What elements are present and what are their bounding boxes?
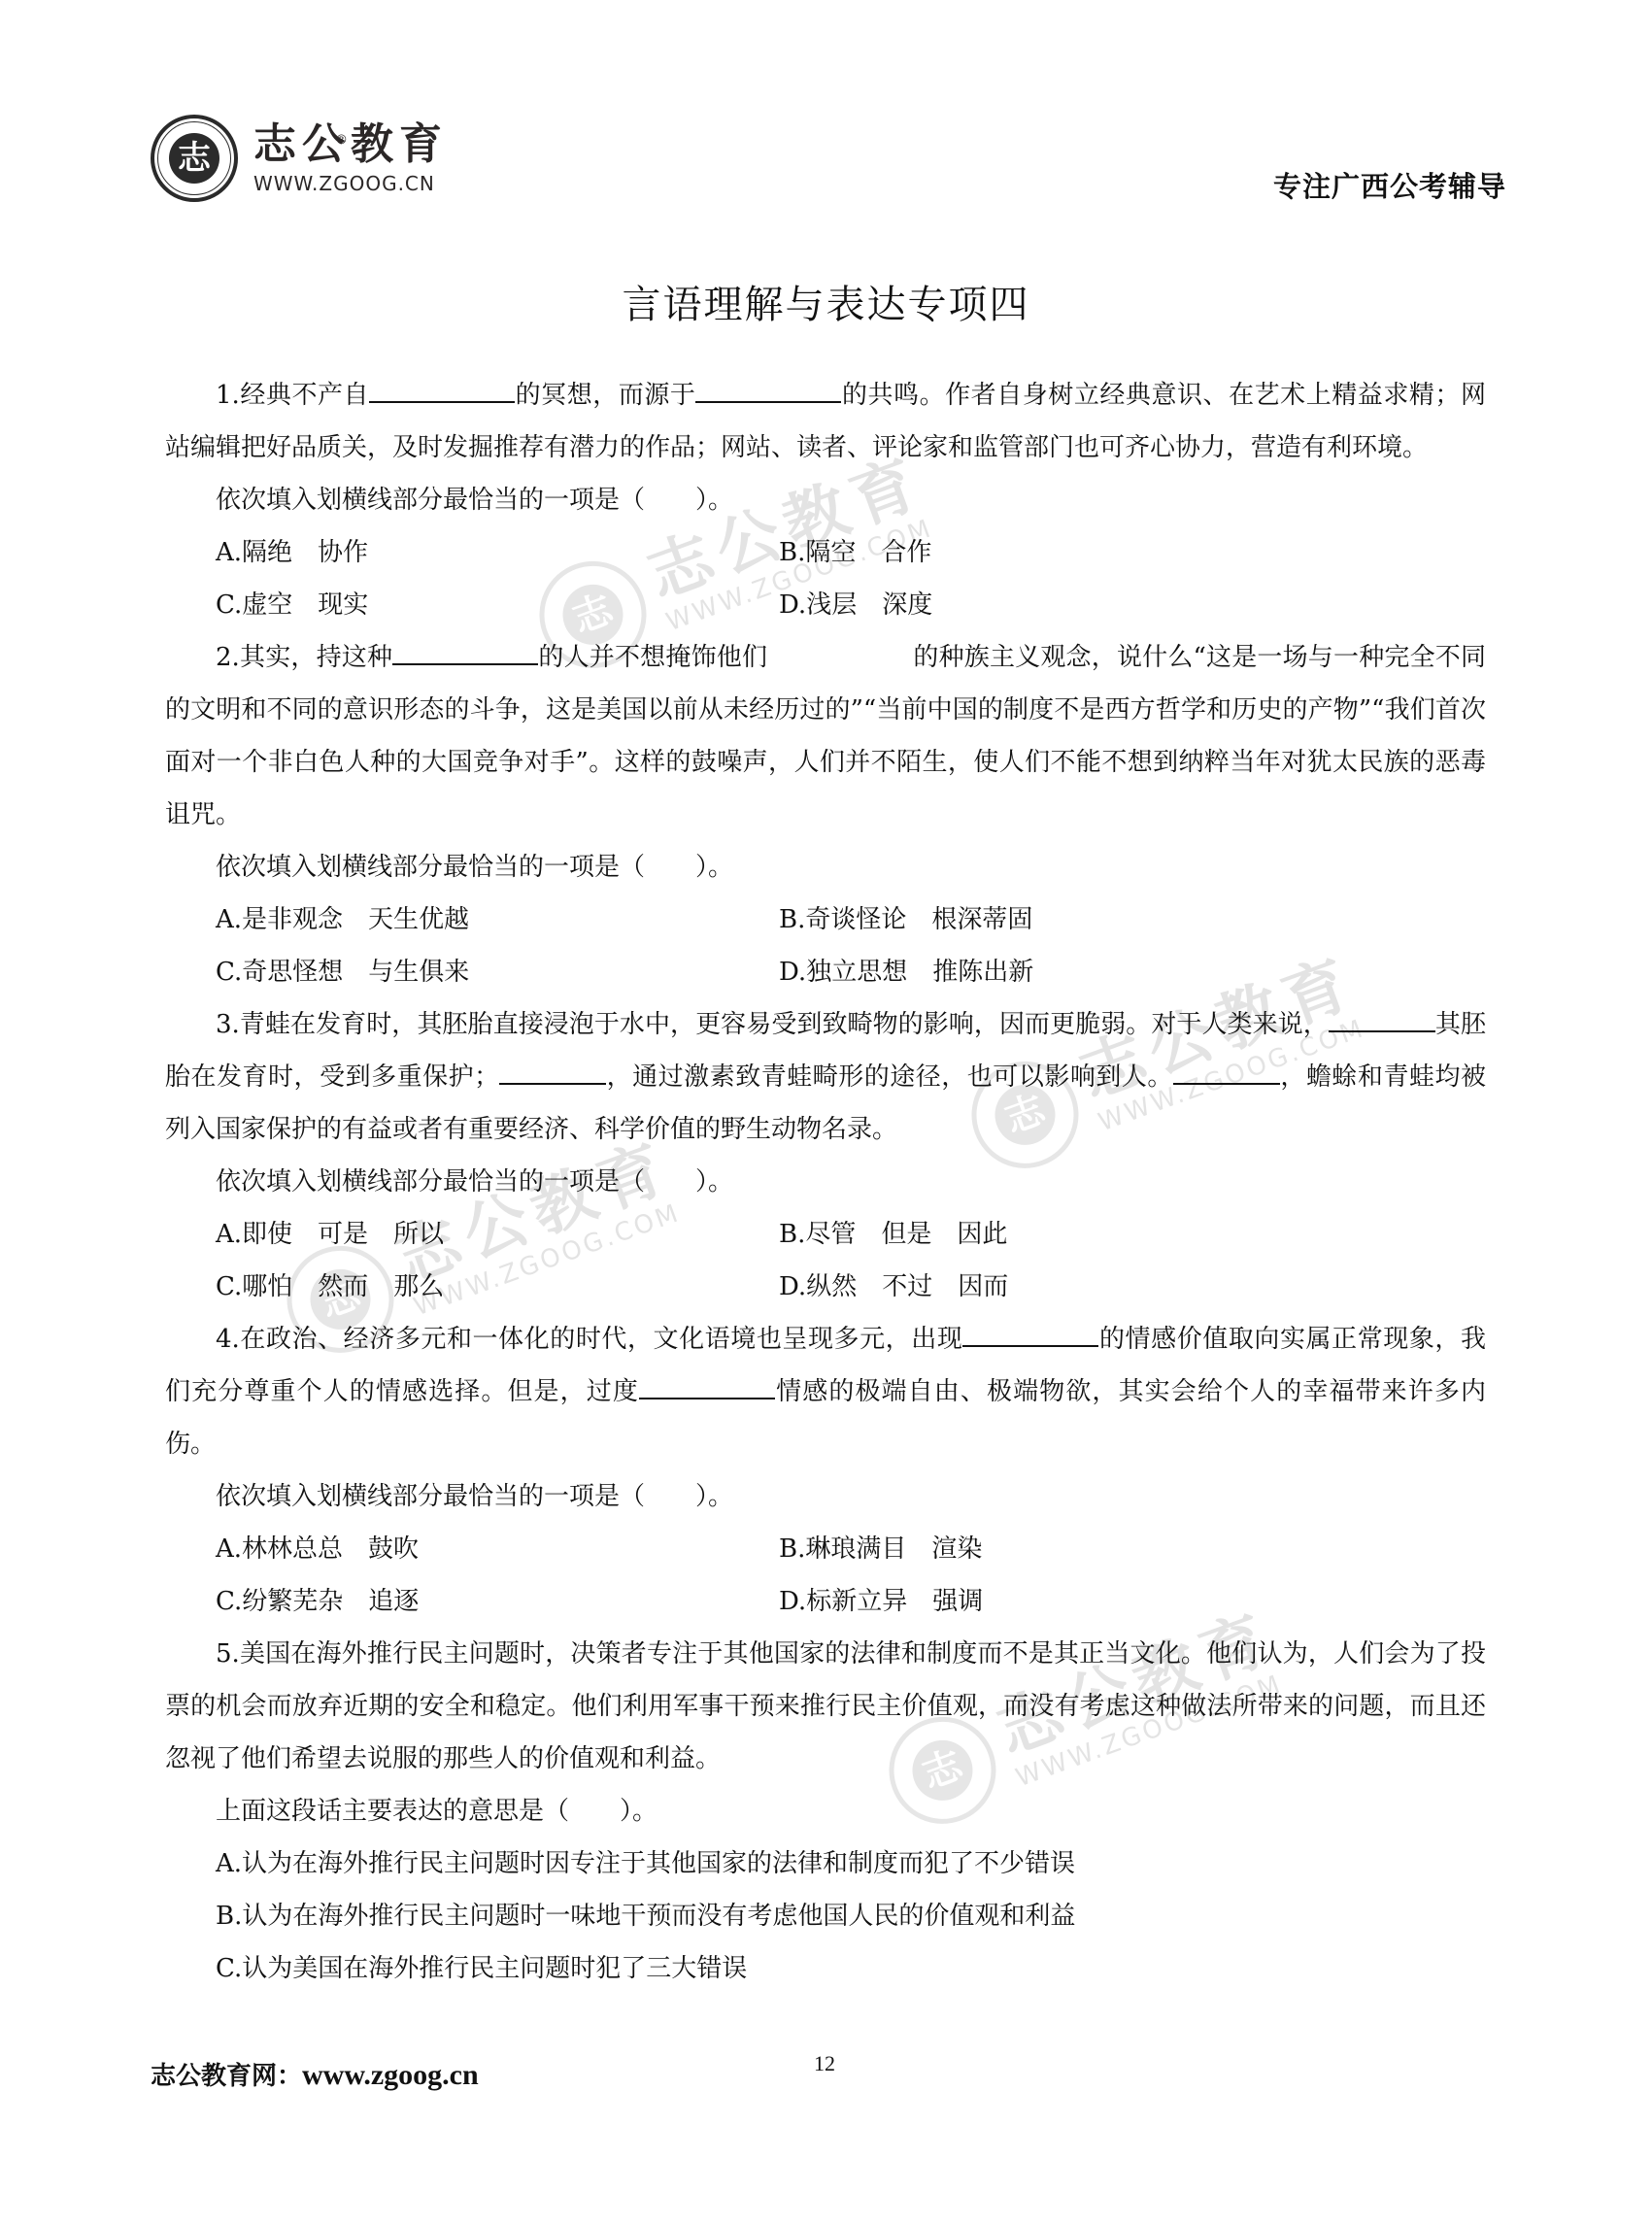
option-c[interactable]: C.认为美国在海外推行民主问题时犯了三大错误: [165, 1942, 1486, 1995]
question-5: 5.美国在海外推行民主问题时，决策者专注于其他国家的法律和制度而不是其正当文化。…: [165, 1628, 1486, 1995]
seal-icon: 志: [151, 115, 238, 202]
option-c[interactable]: C.奇思怪想 与生俱来: [216, 946, 779, 998]
option-b[interactable]: B.尽管 但是 因此: [779, 1208, 1342, 1261]
page-title: 言语理解与表达专项四: [0, 274, 1652, 329]
answer-blank: [962, 1318, 1098, 1347]
question-stem: 5.美国在海外推行民主问题时，决策者专注于其他国家的法律和制度而不是其正当文化。…: [165, 1628, 1486, 1785]
question-1: 1.经典不产自的冥想，而源于的共鸣。作者自身树立经典意识、在艺术上精益求精；网站…: [165, 369, 1486, 631]
page-number: 12: [814, 2051, 835, 2076]
registered-mark-icon: ®: [335, 118, 354, 164]
question-stem: 2.其实，持这种的人并不想掩饰他们的种族主义观念，说什么“这是一场与一种完全不同…: [165, 631, 1486, 841]
answer-blank: [392, 636, 538, 665]
question-2: 2.其实，持这种的人并不想掩饰他们的种族主义观念，说什么“这是一场与一种完全不同…: [165, 631, 1486, 998]
question-4: 4.在政治、经济多元和一体化的时代，文化语境也呈现多元，出现的情感价值取向实属正…: [165, 1313, 1486, 1628]
brand-name: 志公教育®: [253, 121, 448, 168]
option-b[interactable]: B.隔空 合作: [779, 526, 1342, 579]
option-b[interactable]: B.奇谈怪论 根深蒂固: [779, 893, 1342, 946]
option-b[interactable]: B.琳琅满目 渲染: [779, 1523, 1342, 1575]
option-c[interactable]: C.纷繁芜杂 追逐: [216, 1575, 779, 1628]
question-stem: 3.青蛙在发育时，其胚胎直接浸泡于水中，更容易受到致畸物的影响，因而更脆弱。对于…: [165, 998, 1486, 1156]
question-stem: 1.经典不产自的冥想，而源于的共鸣。作者自身树立经典意识、在艺术上精益求精；网站…: [165, 369, 1486, 474]
question-stem: 4.在政治、经济多元和一体化的时代，文化语境也呈现多元，出现的情感价值取向实属正…: [165, 1313, 1486, 1470]
question-3: 3.青蛙在发育时，其胚胎直接浸泡于水中，更容易受到致畸物的影响，因而更脆弱。对于…: [165, 998, 1486, 1313]
option-a[interactable]: A.认为在海外推行民主问题时因专注于其他国家的法律和制度而犯了不少错误: [165, 1837, 1486, 1890]
option-b[interactable]: B.认为在海外推行民主问题时一味地干预而没有考虑他国人民的价值观和利益: [165, 1890, 1486, 1942]
option-a[interactable]: A.林林总总 鼓吹: [216, 1523, 779, 1575]
option-c[interactable]: C.哪怕 然而 那么: [216, 1261, 779, 1313]
option-c[interactable]: C.虚空 现实: [216, 579, 779, 631]
footer-link[interactable]: www.zgoog.cn: [302, 2059, 479, 2091]
header-slogan: 专注广西公考辅导: [1273, 165, 1506, 205]
question-prompt: 依次填入划横线部分最恰当的一项是（ ）。: [165, 1156, 1486, 1208]
answer-blank: [369, 374, 515, 403]
question-prompt: 上面这段话主要表达的意思是（ ）。: [165, 1785, 1486, 1837]
option-a[interactable]: A.是非观念 天生优越: [216, 893, 779, 946]
question-list: 1.经典不产自的冥想，而源于的共鸣。作者自身树立经典意识、在艺术上精益求精；网站…: [165, 369, 1486, 1995]
option-d[interactable]: D.浅层 深度: [779, 579, 1342, 631]
option-a[interactable]: A.隔绝 协作: [216, 526, 779, 579]
document-page: 志 志公教育® WWW.ZGOOG.CN 专注广西公考辅导 言语理解与表达专项四…: [0, 0, 1652, 2225]
question-prompt: 依次填入划横线部分最恰当的一项是（ ）。: [165, 1470, 1486, 1523]
footer: 志公教育网：www.zgoog.cn: [151, 2056, 479, 2092]
footer-label: 志公教育网：: [151, 2062, 302, 2091]
answer-blank: [499, 1056, 606, 1085]
answer-blank: [695, 374, 841, 403]
question-prompt: 依次填入划横线部分最恰当的一项是（ ）。: [165, 841, 1486, 893]
option-a[interactable]: A.即使 可是 所以: [216, 1208, 779, 1261]
option-d[interactable]: D.纵然 不过 因而: [779, 1261, 1342, 1313]
answer-blank: [1329, 1003, 1435, 1032]
question-prompt: 依次填入划横线部分最恰当的一项是（ ）。: [165, 474, 1486, 526]
option-d[interactable]: D.独立思想 推陈出新: [779, 946, 1342, 998]
brand-url: WWW.ZGOOG.CN: [253, 172, 448, 195]
answer-blank: [1173, 1056, 1280, 1085]
option-d[interactable]: D.标新立异 强调: [779, 1575, 1342, 1628]
answer-blank: [639, 1370, 775, 1399]
brand-logo: 志 志公教育® WWW.ZGOOG.CN: [151, 115, 448, 202]
